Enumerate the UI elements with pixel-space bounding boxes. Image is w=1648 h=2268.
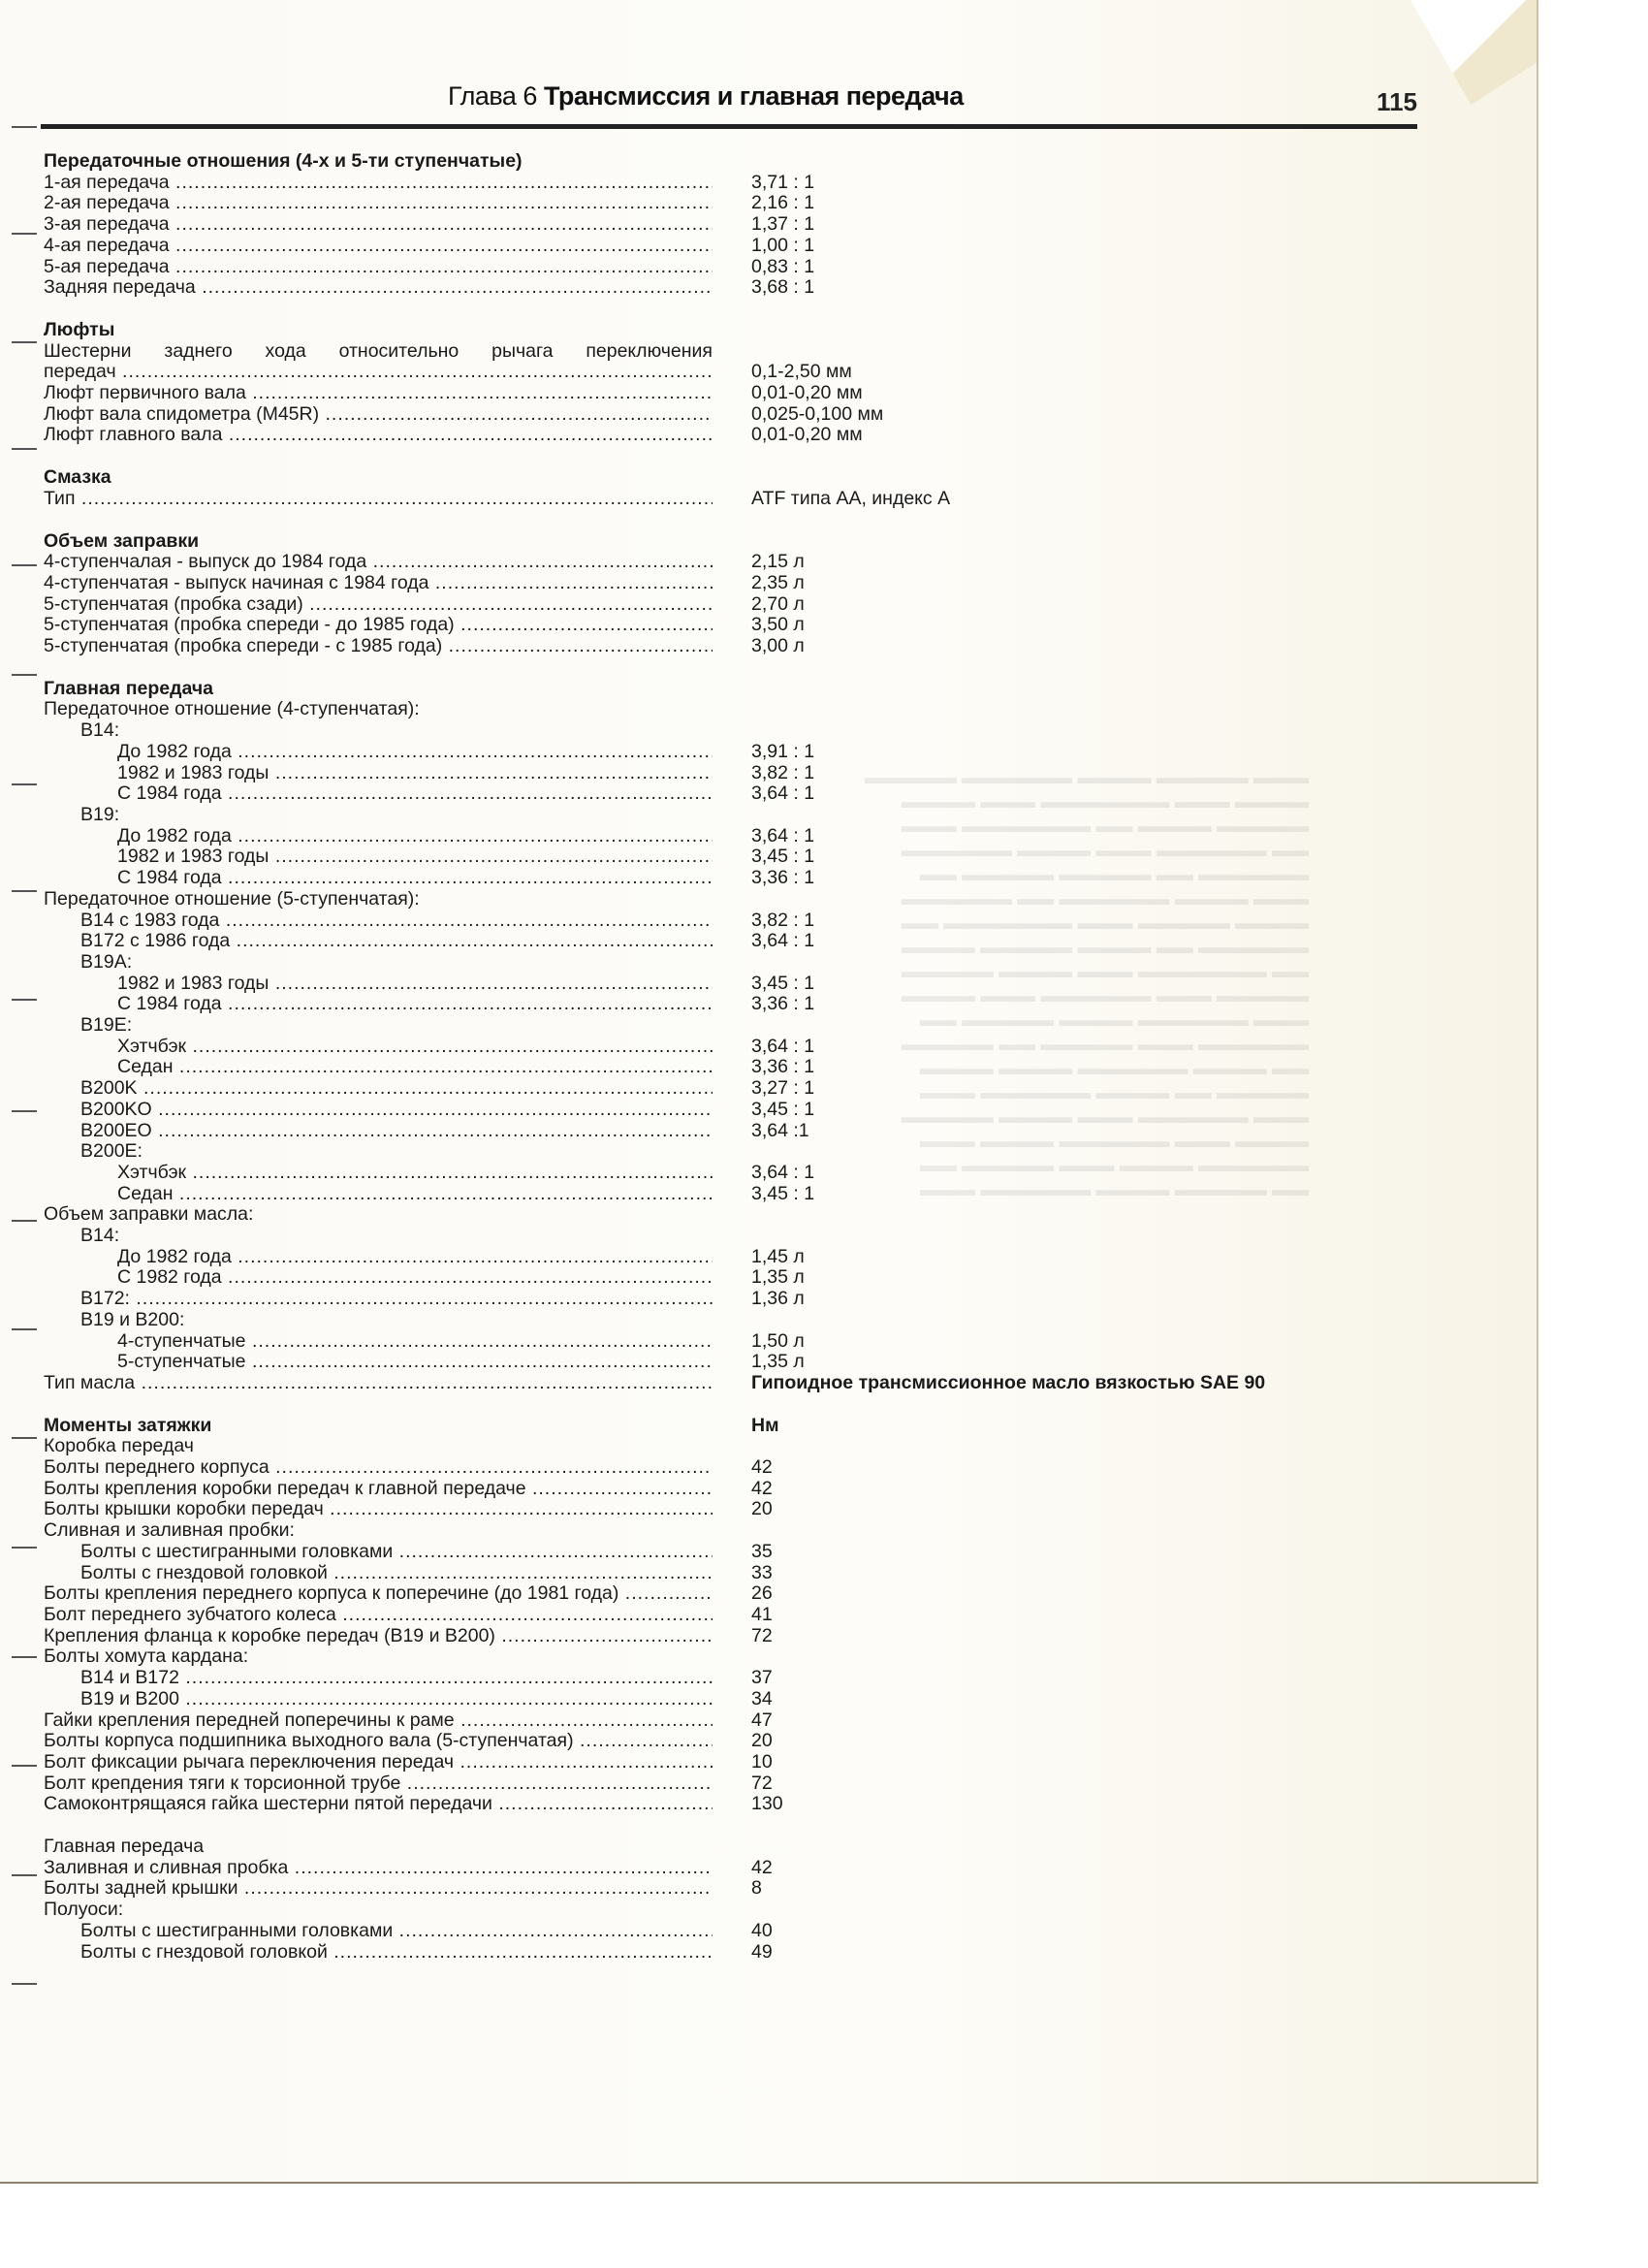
spec-row: Болты с гнездовой головкой33 xyxy=(44,1563,1304,1584)
spec-row: B200EO3,64 :1 xyxy=(44,1121,1304,1142)
spec-value: 3,64 : 1 xyxy=(751,1163,814,1184)
margin-mark xyxy=(12,448,37,450)
section-clearances: Люфты Шестерни заднего хода относительно… xyxy=(44,320,1304,446)
spec-label: С 1984 года xyxy=(44,868,713,889)
spec-label: 1982 и 1983 годы xyxy=(44,847,713,868)
spec-value: 3,64 : 1 xyxy=(751,931,814,952)
spec-value: 49 xyxy=(751,1942,773,1964)
spec-value: 34 xyxy=(751,1689,773,1710)
torque-header: Моменты затяжки Нм xyxy=(44,1416,1304,1437)
spec-value: 3,45 : 1 xyxy=(751,847,814,868)
spec-value: 1,35 л xyxy=(751,1352,805,1373)
margin-mark xyxy=(12,1547,37,1549)
subheading: Болты хомута кардана: xyxy=(44,1646,1304,1668)
margin-mark xyxy=(12,126,37,128)
subheading: Коробка передач xyxy=(44,1436,1304,1457)
spec-row: Седан3,45 : 1 xyxy=(44,1184,1304,1205)
spec-row: 4-ступенчатая - выпуск начиная с 1984 го… xyxy=(44,573,1304,594)
spec-row: 4-ступенчатые1,50 л xyxy=(44,1331,1304,1353)
margin-mark xyxy=(12,890,37,892)
spec-row: До 1982 года3,64 : 1 xyxy=(44,826,1304,847)
spec-row: Болты корпуса подшипника выходного вала … xyxy=(44,1731,1304,1752)
margin-mark xyxy=(12,674,37,676)
spec-row: Хэтчбэк3,64 : 1 xyxy=(44,1163,1304,1184)
section-title: Моменты затяжки xyxy=(44,1416,713,1437)
spec-value: 1,35 л xyxy=(751,1267,805,1289)
spec-value: 35 xyxy=(751,1542,773,1563)
margin-mark xyxy=(12,1437,37,1439)
spec-value: 3,64 : 1 xyxy=(751,783,814,805)
spec-row: С 1984 года3,36 : 1 xyxy=(44,868,1304,889)
spec-label: Болты корпуса подшипника выходного вала … xyxy=(44,1731,713,1752)
spec-row: 2-ая передача2,16 : 1 xyxy=(44,193,1304,214)
spec-value: 3,71 : 1 xyxy=(751,173,814,194)
spec-row: 1982 и 1983 годы3,45 : 1 xyxy=(44,974,1304,995)
spec-row: Самоконтрящаяся гайка шестерни пятой пер… xyxy=(44,1794,1304,1815)
spec-label: Болты переднего корпуса xyxy=(44,1457,713,1479)
specifications-list: Передаточные отношения (4-х и 5-ти ступе… xyxy=(44,151,1304,1984)
spec-value: 1,37 : 1 xyxy=(751,214,814,236)
spec-label: B200EO xyxy=(44,1121,713,1142)
spec-row: 1982 и 1983 годы3,45 : 1 xyxy=(44,847,1304,868)
spec-value: 3,36 : 1 xyxy=(751,868,814,889)
spec-row: B14 и B17237 xyxy=(44,1668,1304,1689)
wrapped-label: Шестерни заднего хода относительно рычаг… xyxy=(44,341,713,363)
spec-label: B200KO xyxy=(44,1100,713,1121)
spec-label: Тип масла xyxy=(44,1373,713,1394)
spec-label: 5-ступенчатая (пробка сзади) xyxy=(44,594,713,616)
subheading: Сливная и заливная пробки: xyxy=(44,1520,1304,1542)
spec-label: Болт переднего зубчатого колеса xyxy=(44,1605,713,1626)
spec-row: Болты крепления переднего корпуса к попе… xyxy=(44,1583,1304,1605)
spec-row: Болты крышки коробки передач20 xyxy=(44,1499,1304,1520)
margin-mark xyxy=(12,1983,37,1985)
model-heading: B200E: xyxy=(44,1141,1304,1163)
spec-value: ATF типа AA, индекс A xyxy=(751,489,950,510)
spec-row: До 1982 года1,45 л xyxy=(44,1247,1304,1268)
spec-label: 4-ступенчатая - выпуск начиная с 1984 го… xyxy=(44,573,713,594)
margin-mark xyxy=(12,1110,37,1112)
spec-label: Хэтчбэк xyxy=(44,1163,713,1184)
section-title: Передаточные отношения (4-х и 5-ти ступе… xyxy=(44,151,1304,173)
spec-row: 5-ступенчатая (пробка спереди - до 1985 … xyxy=(44,615,1304,636)
spec-value: 20 xyxy=(751,1499,773,1520)
subheading: Главная передача xyxy=(44,1837,1304,1858)
spec-value: 0,83 : 1 xyxy=(751,257,814,278)
margin-mark xyxy=(12,564,37,566)
model-heading: B19: xyxy=(44,805,1304,826)
spec-label: Люфт первичного вала xyxy=(44,383,713,404)
header-rule xyxy=(41,124,1417,129)
spec-value: 42 xyxy=(751,1858,773,1879)
spec-label: Тип xyxy=(44,489,713,510)
spec-value: 33 xyxy=(751,1563,773,1584)
margin-mark xyxy=(12,1765,37,1767)
spec-label: B172: xyxy=(44,1289,713,1310)
spec-value: 8 xyxy=(751,1878,762,1900)
spec-row: Болты переднего корпуса42 xyxy=(44,1457,1304,1479)
spec-row: передач0,1-2,50 мм xyxy=(44,362,1304,383)
page-header: Глава 6 Трансмиссия и главная передача 1… xyxy=(41,78,1417,126)
spec-label: Болты с шестигранными головками xyxy=(44,1921,713,1942)
spec-label: B172 с 1986 года xyxy=(44,931,713,952)
spec-row: 5-ступенчатые1,35 л xyxy=(44,1352,1304,1373)
spec-value: 3,36 : 1 xyxy=(751,1057,814,1078)
margin-mark xyxy=(12,1656,37,1658)
spec-label: Седан xyxy=(44,1057,713,1078)
spec-row: Седан3,36 : 1 xyxy=(44,1057,1304,1078)
spec-row: B14 с 1983 года3,82 : 1 xyxy=(44,910,1304,932)
spec-row: 4-ступенчалая - выпуск до 1984 года2,15 … xyxy=(44,552,1304,573)
spec-row: Хэтчбэк3,64 : 1 xyxy=(44,1037,1304,1058)
margin-mark xyxy=(12,1220,37,1222)
model-heading: B14: xyxy=(44,1226,1304,1247)
spec-label: Болты с гнездовой головкой xyxy=(44,1563,713,1584)
spec-value: 3,27 : 1 xyxy=(751,1078,814,1100)
spec-label: 4-ступенчалая - выпуск до 1984 года xyxy=(44,552,713,573)
spec-label: B14 и B172 xyxy=(44,1668,713,1689)
spec-row: Болты с гнездовой головкой49 xyxy=(44,1942,1304,1964)
spec-value: 130 xyxy=(751,1794,783,1815)
subheading: Передаточное отношение (4-ступенчатая): xyxy=(44,699,1304,720)
spec-row: 1982 и 1983 годы3,82 : 1 xyxy=(44,763,1304,784)
spec-value: Гипоидное трансмиссионное масло вязкость… xyxy=(751,1373,1265,1394)
spec-value: 41 xyxy=(751,1605,773,1626)
spec-label: Болты с гнездовой головкой xyxy=(44,1942,713,1964)
spec-label: B19 и B200 xyxy=(44,1689,713,1710)
spec-label: До 1982 года xyxy=(44,1247,713,1268)
section-final-drive: Главная передача Передаточное отношение … xyxy=(44,679,1304,1394)
spec-label: Болты крышки коробки передач xyxy=(44,1499,713,1520)
spec-row: 3-ая передача1,37 : 1 xyxy=(44,214,1304,236)
spec-value: 20 xyxy=(751,1731,773,1752)
section-fill-capacity: Объем заправки 4-ступенчалая - выпуск до… xyxy=(44,531,1304,657)
spec-value: 72 xyxy=(751,1626,773,1647)
margin-mark xyxy=(12,783,37,785)
spec-row: С 1982 года1,35 л xyxy=(44,1267,1304,1289)
spec-row: Крепления фланца к коробке передач (B19 … xyxy=(44,1626,1304,1647)
spec-row: Болт крепдения тяги к торсионной трубе72 xyxy=(44,1773,1304,1795)
spec-label: 5-ая передача xyxy=(44,257,713,278)
spec-row: Люфт главного вала0,01-0,20 мм xyxy=(44,425,1304,446)
spec-row: Болты крепления коробки передач к главно… xyxy=(44,1479,1304,1500)
margin-mark xyxy=(12,233,37,235)
spec-label: Болты с шестигранными головками xyxy=(44,1542,713,1563)
page-number: 115 xyxy=(1377,87,1417,117)
spec-label: Болт фиксации рычага переключения переда… xyxy=(44,1752,713,1773)
spec-label: Люфт главного вала xyxy=(44,425,713,446)
spec-row: С 1984 года3,36 : 1 xyxy=(44,994,1304,1015)
spec-label: Крепления фланца к коробке передач (B19 … xyxy=(44,1626,713,1647)
spec-value: 2,16 : 1 xyxy=(751,193,814,214)
spec-row: Задняя передача3,68 : 1 xyxy=(44,277,1304,299)
spec-row: Заливная и сливная пробка42 xyxy=(44,1858,1304,1879)
section-title: Люфты xyxy=(44,320,1304,341)
spec-value: 3,64 :1 xyxy=(751,1121,809,1142)
spec-label: 1982 и 1983 годы xyxy=(44,974,713,995)
spec-value: 3,50 л xyxy=(751,615,805,636)
model-heading: B19E: xyxy=(44,1015,1304,1037)
spec-value: 0,01-0,20 мм xyxy=(751,425,863,446)
spec-value: 42 xyxy=(751,1479,773,1500)
subheading: Полуоси: xyxy=(44,1900,1304,1921)
spec-row: С 1984 года3,64 : 1 xyxy=(44,783,1304,805)
subheading: Объем заправки масла: xyxy=(44,1204,1304,1226)
spec-label: Болт крепдения тяги к торсионной трубе xyxy=(44,1773,713,1795)
spec-row: 4-ая передача1,00 : 1 xyxy=(44,236,1304,257)
spec-value: 3,45 : 1 xyxy=(751,1100,814,1121)
margin-mark xyxy=(12,1874,37,1876)
spec-value: 3,00 л xyxy=(751,636,805,657)
spec-row: 5-ая передача0,83 : 1 xyxy=(44,257,1304,278)
spec-row: B200K3,27 : 1 xyxy=(44,1078,1304,1100)
spec-value: 2,35 л xyxy=(751,573,805,594)
spec-value: 3,82 : 1 xyxy=(751,910,814,932)
spec-value: 1,50 л xyxy=(751,1331,805,1353)
spec-label: 3-ая передача xyxy=(44,214,713,236)
spec-value: 0,1-2,50 мм xyxy=(751,362,852,383)
model-heading: B19 и B200: xyxy=(44,1310,1304,1331)
spec-value: 3,36 : 1 xyxy=(751,994,814,1015)
spec-label: B14 с 1983 года xyxy=(44,910,713,932)
spec-label: 2-ая передача xyxy=(44,193,713,214)
spec-label: 1982 и 1983 годы xyxy=(44,763,713,784)
spec-value: 47 xyxy=(751,1710,773,1732)
spec-row: 1-ая передача3,71 : 1 xyxy=(44,173,1304,194)
margin-mark xyxy=(12,1328,37,1330)
spec-label: С 1984 года xyxy=(44,994,713,1015)
spec-value: 10 xyxy=(751,1752,773,1773)
spec-row: ТипATF типа AA, индекс A xyxy=(44,489,1304,510)
spec-label: 5-ступенчатые xyxy=(44,1352,713,1373)
spec-row: B200KO3,45 : 1 xyxy=(44,1100,1304,1121)
spec-label: 1-ая передача xyxy=(44,173,713,194)
spec-label: Гайки крепления передней поперечины к ра… xyxy=(44,1710,713,1732)
spec-row: Люфт вала спидометра (M45R)0,025-0,100 м… xyxy=(44,404,1304,426)
spec-label: Болты крепления переднего корпуса к попе… xyxy=(44,1583,713,1605)
spec-row: Болт фиксации рычага переключения переда… xyxy=(44,1752,1304,1773)
spec-row: B172 с 1986 года3,64 : 1 xyxy=(44,931,1304,952)
spec-label: Хэтчбэк xyxy=(44,1037,713,1058)
spec-row: 5-ступенчатая (пробка спереди - с 1985 г… xyxy=(44,636,1304,657)
spec-row: Тип маслаГипоидное трансмиссионное масло… xyxy=(44,1373,1304,1394)
spec-value: 0,01-0,20 мм xyxy=(751,383,863,404)
spec-value: 72 xyxy=(751,1773,773,1795)
spec-row: B172:1,36 л xyxy=(44,1289,1304,1310)
section-title: Объем заправки xyxy=(44,531,1304,553)
spec-value: 3,45 : 1 xyxy=(751,974,814,995)
spec-row: B19 и B20034 xyxy=(44,1689,1304,1710)
chapter-title: Глава 6 Трансмиссия и главная передача xyxy=(448,81,964,112)
spec-label: Люфт вала спидометра (M45R) xyxy=(44,404,713,426)
spec-label: Болты крепления коробки передач к главно… xyxy=(44,1479,713,1500)
model-heading: B19A: xyxy=(44,952,1304,974)
model-heading: B14: xyxy=(44,720,1304,742)
spec-value: 3,45 : 1 xyxy=(751,1184,814,1205)
spec-value: 3,82 : 1 xyxy=(751,763,814,784)
spec-value: 3,91 : 1 xyxy=(751,742,814,763)
spec-label: 5-ступенчатая (пробка спереди - до 1985 … xyxy=(44,615,713,636)
spec-row: До 1982 года3,91 : 1 xyxy=(44,742,1304,763)
spec-label: До 1982 года xyxy=(44,826,713,847)
spec-label: Задняя передача xyxy=(44,277,713,299)
spec-label: 4-ступенчатые xyxy=(44,1331,713,1353)
spec-row: Болты с шестигранными головками40 xyxy=(44,1921,1304,1942)
spec-value: 40 xyxy=(751,1921,773,1942)
section-title: Смазка xyxy=(44,467,1304,489)
spec-row: Болты задней крышки8 xyxy=(44,1878,1304,1900)
subheading: Передаточное отношение (5-ступенчатая): xyxy=(44,889,1304,910)
spec-label: До 1982 года xyxy=(44,742,713,763)
spec-value: 2,70 л xyxy=(751,594,805,616)
spec-value: 26 xyxy=(751,1583,773,1605)
spec-row: Гайки крепления передней поперечины к ра… xyxy=(44,1710,1304,1732)
spec-label: Самоконтрящаяся гайка шестерни пятой пер… xyxy=(44,1794,713,1815)
spec-label: передач xyxy=(44,362,713,383)
spec-label: B200K xyxy=(44,1078,713,1100)
unit-label: Нм xyxy=(751,1416,779,1437)
spec-label: Седан xyxy=(44,1184,713,1205)
spec-value: 42 xyxy=(751,1457,773,1479)
section-torques: Моменты затяжки Нм Коробка передач Болты… xyxy=(44,1416,1304,1964)
spec-label: Болты задней крышки xyxy=(44,1878,713,1900)
spec-value: 3,64 : 1 xyxy=(751,826,814,847)
spec-label: С 1982 года xyxy=(44,1267,713,1289)
section-lubrication: Смазка ТипATF типа AA, индекс A xyxy=(44,467,1304,509)
spec-value: 3,68 : 1 xyxy=(751,277,814,299)
spec-label: 5-ступенчатая (пробка спереди - с 1985 г… xyxy=(44,636,713,657)
spec-row: Болты с шестигранными головками35 xyxy=(44,1542,1304,1563)
spec-row: 5-ступенчатая (пробка сзади)2,70 л xyxy=(44,594,1304,616)
section-gear-ratios: Передаточные отношения (4-х и 5-ти ступе… xyxy=(44,151,1304,299)
spec-row: Болт переднего зубчатого колеса41 xyxy=(44,1605,1304,1626)
spec-label: Заливная и сливная пробка xyxy=(44,1858,713,1879)
spec-value: 1,45 л xyxy=(751,1247,805,1268)
margin-mark xyxy=(12,341,37,343)
spec-value: 3,64 : 1 xyxy=(751,1037,814,1058)
spec-value: 37 xyxy=(751,1668,773,1689)
spec-label: 4-ая передача xyxy=(44,236,713,257)
spec-label: С 1984 года xyxy=(44,783,713,805)
margin-mark xyxy=(12,999,37,1001)
spec-value: 2,15 л xyxy=(751,552,805,573)
section-title: Главная передача xyxy=(44,679,1304,700)
spec-value: 1,36 л xyxy=(751,1289,805,1310)
spec-value: 0,025-0,100 мм xyxy=(751,404,883,426)
spec-row: Люфт первичного вала0,01-0,20 мм xyxy=(44,383,1304,404)
spec-value: 1,00 : 1 xyxy=(751,236,814,257)
